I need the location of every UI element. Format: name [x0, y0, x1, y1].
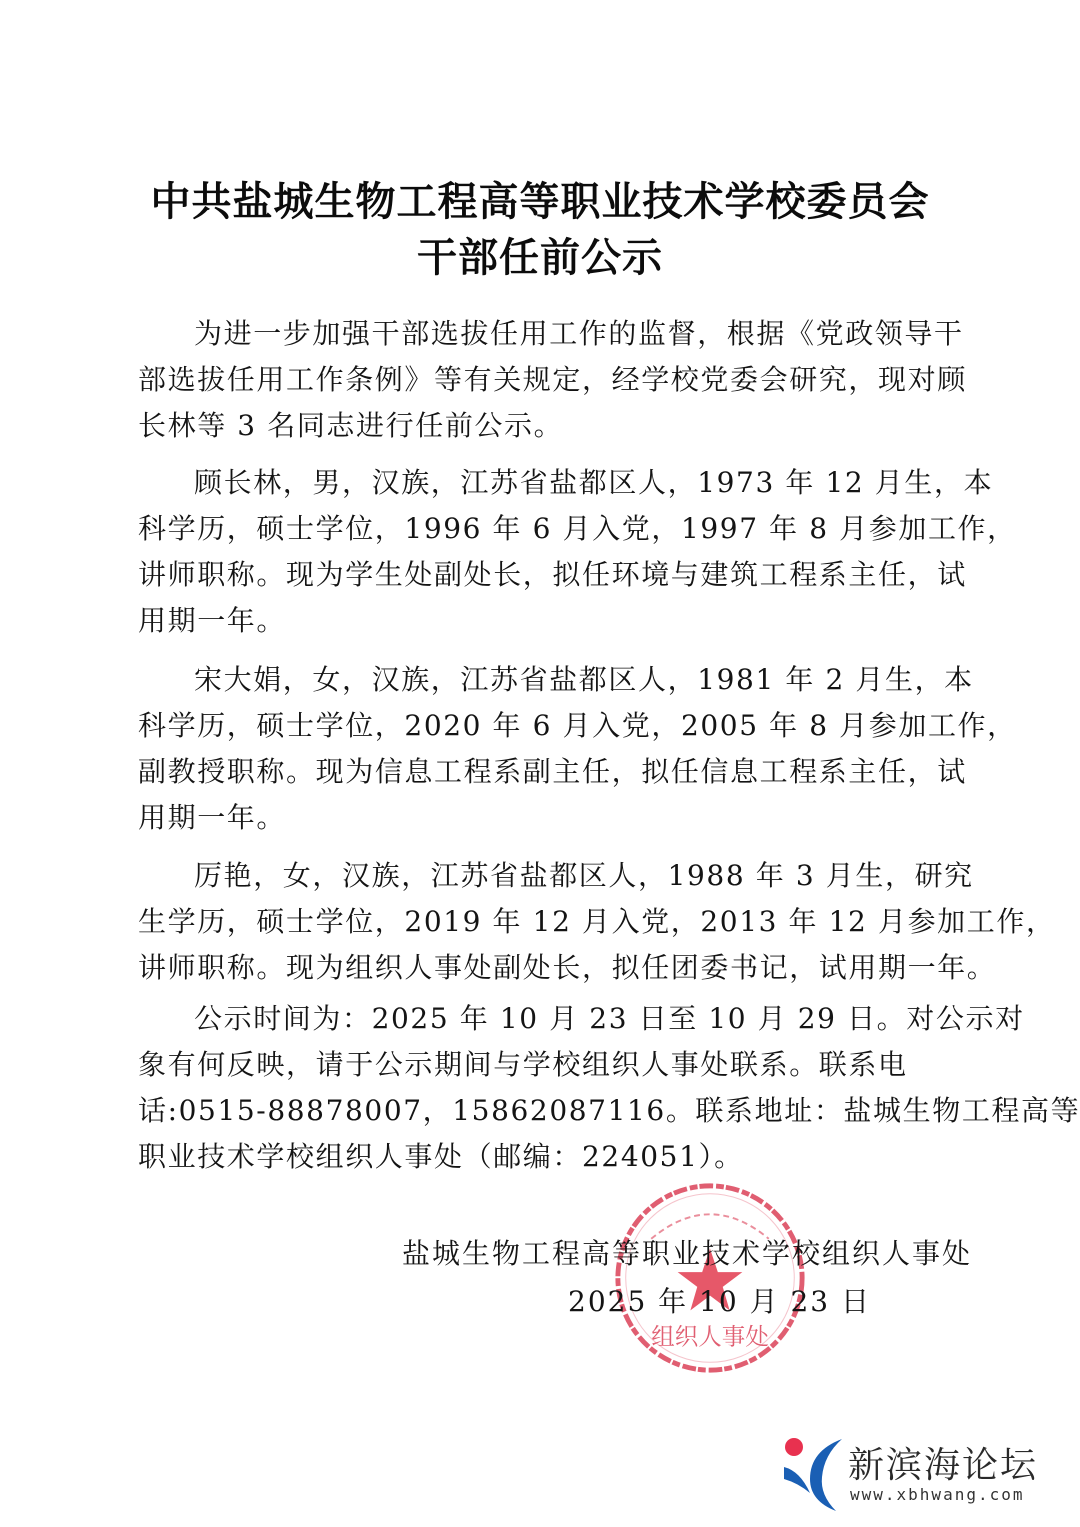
document-subtitle: 干部任前公示	[0, 226, 1080, 283]
contact-paragraph: 公示时间为：2025 年 10 月 23 日至 10 月 29 日。对公示对 象…	[138, 996, 958, 1180]
watermark-site-name: 新滨海论坛	[848, 1437, 1038, 1488]
document-title: 中共盐城生物工程高等职业技术学校委员会	[0, 170, 1080, 227]
text-line: 副教授职称。现为信息工程系副主任，拟任信息工程系主任，试	[138, 749, 958, 795]
text-line: 职业技术学校组织人事处（邮编：224051）。	[138, 1134, 958, 1180]
text-line: 长林等 3 名同志进行任前公示。	[138, 403, 958, 449]
text-line: 生学历，硕士学位，2019 年 12 月入党，2013 年 12 月参加工作，	[138, 899, 958, 945]
notice-page: 中共盐城生物工程高等职业技术学校委员会 干部任前公示 为进一步加强干部选拔任用工…	[0, 0, 1080, 1527]
site-watermark: 新滨海论坛 www.xbhwang.com	[780, 1425, 1070, 1515]
text-line: 厉艳，女，汉族，江苏省盐都区人，1988 年 3 月生，研究	[138, 853, 958, 899]
signature-date: 2025 年 10 月 23 日	[568, 1280, 871, 1320]
text-line: 科学历，硕士学位，1996 年 6 月入党，1997 年 8 月参加工作，	[138, 506, 958, 552]
text-line: 讲师职称。现为学生处副处长，拟任环境与建筑工程系主任，试	[138, 552, 958, 598]
text-line: 为进一步加强干部选拔任用工作的监督，根据《党政领导干	[138, 311, 958, 357]
text-line: 话:0515-88878007，15862087116。联系地址：盐城生物工程高…	[138, 1088, 958, 1134]
text-line: 科学历，硕士学位，2020 年 6 月入党，2005 年 8 月参加工作，	[138, 703, 958, 749]
text-line: 用期一年。	[138, 795, 958, 841]
candidate-paragraph-gu: 顾长林，男，汉族，江苏省盐都区人，1973 年 12 月生，本 科学历，硕士学位…	[138, 460, 958, 644]
candidate-paragraph-li: 厉艳，女，汉族，江苏省盐都区人，1988 年 3 月生，研究 生学历，硕士学位，…	[138, 853, 958, 991]
intro-paragraph: 为进一步加强干部选拔任用工作的监督，根据《党政领导干 部选拔任用工作条例》等有关…	[138, 311, 958, 449]
watermark-url: www.xbhwang.com	[850, 1485, 1025, 1504]
text-line: 用期一年。	[138, 598, 958, 644]
text-line: 象有何反映，请于公示期间与学校组织人事处联系。联系电	[138, 1042, 958, 1088]
text-line: 公示时间为：2025 年 10 月 23 日至 10 月 29 日。对公示对	[138, 996, 958, 1042]
text-line: 讲师职称。现为组织人事处副处长，拟任团委书记，试用期一年。	[138, 945, 958, 991]
xbhwang-logo-icon	[780, 1433, 850, 1513]
text-line: 部选拔任用工作条例》等有关规定，经学校党委会研究，现对顾	[138, 357, 958, 403]
text-line: 顾长林，男，汉族，江苏省盐都区人，1973 年 12 月生，本	[138, 460, 958, 506]
signature-organization: 盐城生物工程高等职业技术学校组织人事处	[402, 1232, 972, 1272]
svg-text:组织人事处: 组织人事处	[651, 1323, 769, 1351]
candidate-paragraph-song: 宋大娟，女，汉族，江苏省盐都区人，1981 年 2 月生，本 科学历，硕士学位，…	[138, 657, 958, 841]
official-seal-icon: 组织人事处	[612, 1180, 808, 1376]
text-line: 宋大娟，女，汉族，江苏省盐都区人，1981 年 2 月生，本	[138, 657, 958, 703]
